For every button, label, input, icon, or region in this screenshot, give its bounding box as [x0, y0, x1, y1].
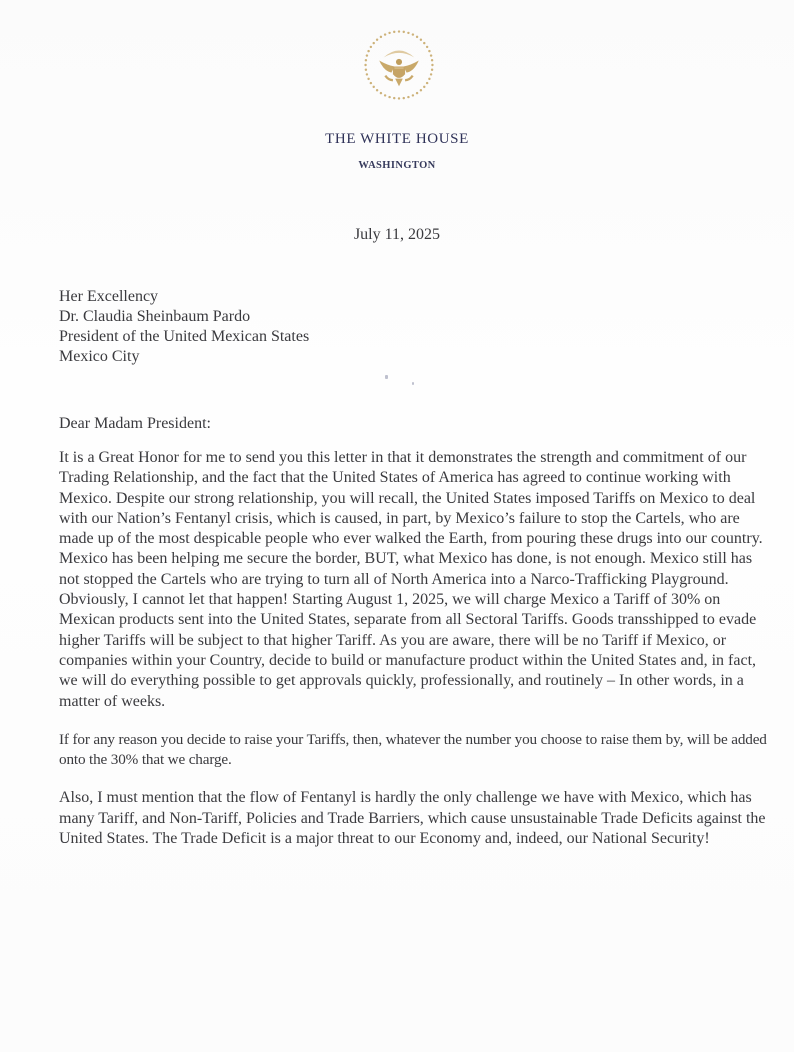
letter-date: July 11, 2025: [0, 226, 794, 244]
letter-body: It is a Great Honor for me to send you t…: [59, 448, 771, 867]
body-paragraph: If for any reason you decide to raise yo…: [59, 730, 771, 771]
letterhead-title: THE WHITE HOUSE: [0, 131, 794, 148]
paper-mark: [412, 382, 414, 385]
body-paragraph: Also, I must mention that the flow of Fe…: [59, 788, 771, 849]
recipient-title: President of the United Mexican States: [59, 327, 309, 347]
presidential-seal-icon: [361, 27, 437, 103]
letterhead-city: WASHINGTON: [0, 160, 794, 171]
recipient-city: Mexico City: [59, 347, 309, 367]
letter-page: THE WHITE HOUSE WASHINGTON July 11, 2025…: [0, 0, 794, 1052]
recipient-name: Dr. Claudia Sheinbaum Pardo: [59, 307, 309, 327]
recipient-honorific: Her Excellency: [59, 287, 309, 307]
paper-mark: [385, 375, 388, 379]
salutation: Dear Madam President:: [59, 414, 211, 434]
body-paragraph: It is a Great Honor for me to send you t…: [59, 448, 771, 712]
recipient-address: Her Excellency Dr. Claudia Sheinbaum Par…: [59, 287, 309, 367]
